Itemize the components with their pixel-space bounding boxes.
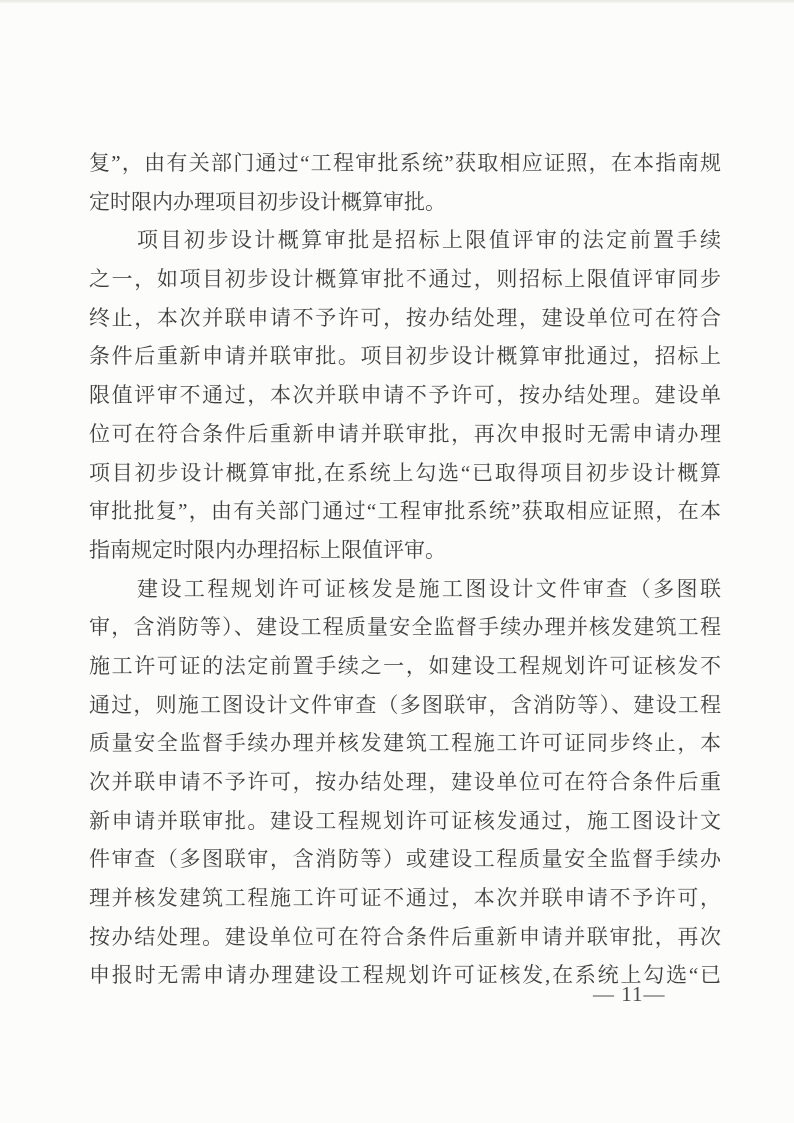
text-line: 质量安全监督手续办理并核发建筑工程施工许可证同步终止，本 xyxy=(89,724,721,763)
text-line: 位可在符合条件后重新申请并联审批，再次申报时无需申请办理 xyxy=(89,415,721,454)
page-number: — 11— xyxy=(593,982,665,1006)
text-line: 审，含消防等）、建设工程质量安全监督手续办理并核发建筑工程 xyxy=(89,608,721,647)
text-line: 理并核发建筑工程施工许可证不通过，本次并联申请不予许可， xyxy=(89,879,721,918)
text-line: 复”，由有关部门通过“工程审批系统”获取相应证照，在本指南规 xyxy=(89,144,721,183)
document-body: 复”，由有关部门通过“工程审批系统”获取相应证照，在本指南规 定时限内办理项目初… xyxy=(89,144,721,995)
text-line: 终止，本次并联申请不予许可，按办结处理，建设单位可在符合 xyxy=(89,299,721,338)
text-line: 次并联申请不予许可，按办结处理，建设单位可在符合条件后重 xyxy=(89,763,721,802)
text-line: 定时限内办理项目初步设计概算审批。 xyxy=(89,183,721,222)
text-line: 项目初步设计概算审批,在系统上勾选“已取得项目初步设计概算 xyxy=(89,454,721,493)
text-line: 限值评审不通过，本次并联申请不予许可，按办结处理。建设单 xyxy=(89,376,721,415)
text-line: 按办结处理。建设单位可在符合条件后重新申请并联审批，再次 xyxy=(89,918,721,957)
text-line: 建设工程规划许可证核发是施工图设计文件审查（多图联 xyxy=(89,570,721,609)
text-line: 施工许可证的法定前置手续之一，如建设工程规划许可证核发不 xyxy=(89,647,721,686)
scan-top-edge xyxy=(0,0,794,4)
text-line: 指南规定时限内办理招标上限值评审。 xyxy=(89,531,721,570)
scanned-document-page: 复”，由有关部门通过“工程审批系统”获取相应证照，在本指南规 定时限内办理项目初… xyxy=(0,0,794,1123)
text-line: 审批批复”，由有关部门通过“工程审批系统”获取相应证照，在本 xyxy=(89,492,721,531)
text-line: 项目初步设计概算审批是招标上限值评审的法定前置手续 xyxy=(89,221,721,260)
text-line: 通过，则施工图设计文件审查（多图联审，含消防等）、建设工程 xyxy=(89,686,721,725)
text-line: 新申请并联审批。建设工程规划许可证核发通过，施工图设计文 xyxy=(89,802,721,841)
text-line: 件审查（多图联审，含消防等）或建设工程质量安全监督手续办 xyxy=(89,840,721,879)
text-line: 条件后重新申请并联审批。项目初步设计概算审批通过，招标上 xyxy=(89,337,721,376)
text-line: 之一，如项目初步设计概算审批不通过，则招标上限值评审同步 xyxy=(89,260,721,299)
